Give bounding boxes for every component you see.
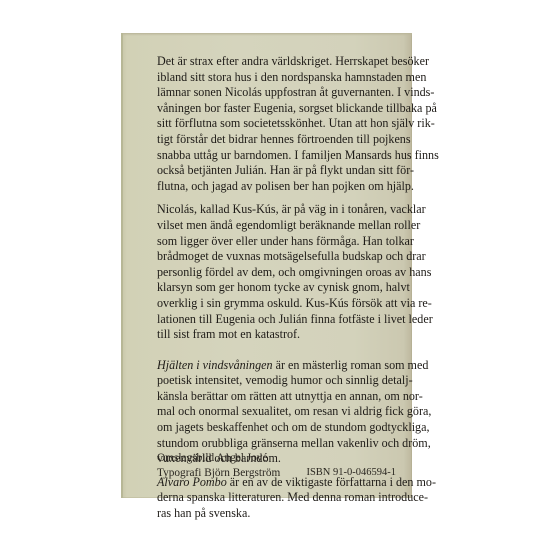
text-fragment: är en mästerlig roman som med xyxy=(273,358,429,372)
text-line: sitt förflutna som societetsskönhet. Uta… xyxy=(157,116,396,132)
text-line: om jagets beskaffenhet och om de stundom… xyxy=(157,420,396,436)
text-line: också betjänten Julián. Han är på flykt … xyxy=(157,163,396,179)
isbn: ISBN 91-0-046594-1 xyxy=(306,466,396,481)
text-line: lämnar sonen Nicolás uppfostran åt guver… xyxy=(157,85,396,101)
photo-background: Det är strax efter andra världskriget. H… xyxy=(0,0,533,533)
text-line: tigt förstår det bidrar hennes förtroend… xyxy=(157,132,396,148)
paragraph-plot: Det är strax efter andra världskriget. H… xyxy=(157,54,396,194)
book-back-cover: Det är strax efter andra världskriget. H… xyxy=(121,33,412,498)
text-line: snabba uttåg ur barndomen. I familjen Ma… xyxy=(157,148,396,164)
text-line: stundom orubbliga gränserna mellan vaken… xyxy=(157,436,396,452)
text-line: poetisk intensitet, vemodig humor och si… xyxy=(157,373,396,389)
text-line: lationen till Eugenia och Julián finna f… xyxy=(157,312,396,328)
text-line: som ligger över eller under hans förmåga… xyxy=(157,234,396,250)
paragraph-author: Alvaro Pombo är en av de viktigaste förf… xyxy=(157,475,396,522)
text-line: Hjälten i vindsvåningen är en mästerlig … xyxy=(157,358,396,374)
text-line: flutna, och jagad av polisen ber han poj… xyxy=(157,179,396,195)
cover-credit: Omslagsbild Angel Jové xyxy=(157,451,396,466)
text-line: brådmoget de vuxnas motsägelsefulla buds… xyxy=(157,249,396,265)
text-line: ras han på svenska. xyxy=(157,506,396,522)
text-line: derna spanska litteraturen. Med denna ro… xyxy=(157,490,396,506)
book-title: Hjälten i vindsvåningen xyxy=(157,358,273,372)
text-line: vilset men ändå egendomligt beräknande m… xyxy=(157,218,396,234)
text-line: mal och onormal sexualitet, om resan vi … xyxy=(157,404,396,420)
credits-block: Omslagsbild Angel Jové Typografi Björn B… xyxy=(157,451,396,480)
text-line: till sist fram mot en katastrof. xyxy=(157,327,396,343)
paragraph-protagonist: Nicolás, kallad Kus-Kús, är på väg in i … xyxy=(157,202,396,342)
text-line: personlig fördel av dem, och omgivningen… xyxy=(157,265,396,281)
text-line: ibland sitt stora hus i den nordspanska … xyxy=(157,70,396,86)
text-line: känsla berättar om rätten att utnyttja e… xyxy=(157,389,396,405)
text-line: overklig i sin grymma oskuld. Kus-Kús fö… xyxy=(157,296,396,312)
text-line: Det är strax efter andra världskriget. H… xyxy=(157,54,396,70)
text-line: våningen bor faster Eugenia, sorgset bli… xyxy=(157,101,396,117)
text-line: Nicolás, kallad Kus-Kús, är på väg in i … xyxy=(157,202,396,218)
text-line: klarsyn som ger honom tycke av cynisk gn… xyxy=(157,280,396,296)
